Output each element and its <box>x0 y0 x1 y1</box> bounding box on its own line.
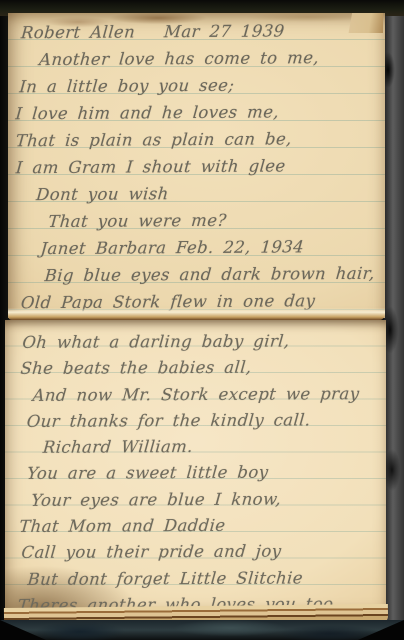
handwritten-line: You are a sweet little boy <box>10 460 385 488</box>
handwritten-line: Dont you wish <box>13 179 384 209</box>
background-right-edge <box>384 0 404 640</box>
handwritten-text-block: Oh what a darling baby girl,She beats th… <box>10 328 384 609</box>
handwritten-line: In a little boy you see; <box>12 71 383 101</box>
handwritten-line: That is plain as plain can be, <box>13 125 384 155</box>
handwritten-line: I love him and he loves me, <box>13 98 384 128</box>
book-cover-bottom <box>0 620 404 640</box>
handwritten-line: And now Mr. Stork except we pray <box>10 381 385 409</box>
handwritten-line: I am Gram I shout with glee <box>13 152 384 182</box>
handwritten-line: Richard William. <box>10 433 385 461</box>
journal-photo: Robert Allen Mar 27 1939Another love has… <box>0 0 404 640</box>
journal-page-bottom: Oh what a darling baby girl,She beats th… <box>5 320 386 608</box>
handwritten-line: But dont forget Little Slitchie <box>10 565 385 593</box>
handwritten-line: Big blue eyes and dark brown hair, <box>14 260 385 290</box>
handwritten-text-block: Robert Allen Mar 27 1939Another love has… <box>13 17 384 320</box>
handwritten-line: Janet Barbara Feb. 22, 1934 <box>13 233 384 263</box>
handwritten-line: Your eyes are blue I know, <box>10 486 385 514</box>
handwritten-line: Oh what a darling baby girl, <box>9 328 384 356</box>
journal-page-top: Robert Allen Mar 27 1939Another love has… <box>8 13 385 318</box>
handwritten-line: Another love has come to me, <box>12 44 383 74</box>
handwritten-line: She beats the babies all, <box>9 354 384 382</box>
handwritten-line: Call you their pride and joy <box>10 538 385 566</box>
handwritten-line: Old Papa Stork flew in one day <box>14 287 385 317</box>
handwritten-line: That Mom and Daddie <box>10 512 385 540</box>
handwritten-line: Our thanks for the kindly call. <box>10 407 385 435</box>
handwritten-line: That you were me? <box>13 206 384 236</box>
handwritten-line: Robert Allen Mar 27 1939 <box>12 17 383 47</box>
